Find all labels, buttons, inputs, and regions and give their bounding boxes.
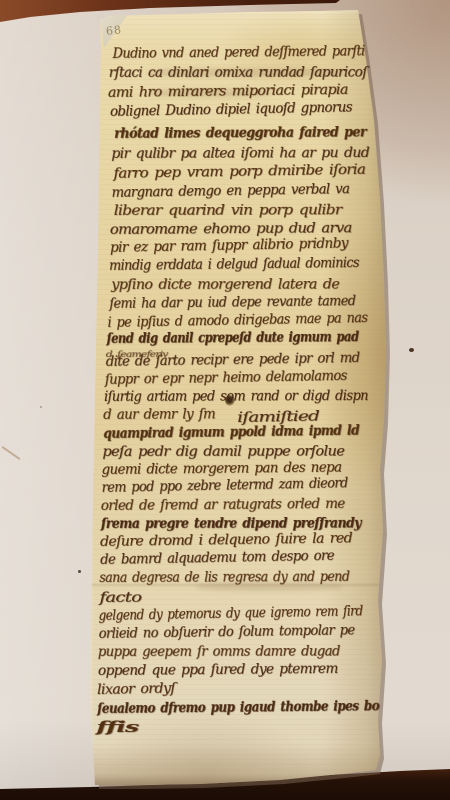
manuscript-line: iſurtig artiam ped som rand or digd disp… [104, 389, 368, 405]
manuscript-line: quampirad igmum ppold idma ipmd ld [103, 424, 359, 442]
manuscript-line: dite de ſarto recipr ere pede ipr orl md [106, 351, 360, 370]
manuscript-photo: 68 Dudino vnd aned pered deſſmered parſt… [0, 0, 450, 800]
manuscript-line: deſure dromd i delqueno ſuire la red [100, 531, 352, 550]
manuscript-line: lixaor ordyſ [97, 681, 175, 697]
manuscript-line: margnara demgo en peppa verbal va [111, 182, 349, 201]
dust-speck [78, 570, 81, 573]
manuscript-line: ffis [96, 720, 138, 735]
manuscript-line: i pe ipſius d amodo dirigebas mae pa nas [107, 311, 367, 331]
manuscript-line: ſuppr or epr nepr heimo delamolamos [105, 369, 347, 388]
manuscript-line: farro pep vram porp dmiribe iſoria [113, 163, 365, 182]
manuscript-line: peſa pedr dig damil puppe orſolue [102, 444, 344, 459]
manuscript-line: ſeualemo dfremo pup igaud thombe ipes bo [97, 699, 379, 717]
manuscript-line: ſemi ha dar pu iud depe revante tamed [109, 294, 355, 312]
manuscript-line: pir ez par ram ſuppr alibrio pridnby [110, 236, 348, 255]
manuscript-line: ami hro mirarers miporiaci pirapia [108, 83, 348, 101]
manuscript-line: de bamrd alquademu tom despo ore [100, 549, 334, 568]
manuscript-line: puppa geepem ſr omms damre dugad [98, 644, 340, 660]
manuscript-line: rhótad limes dequeggroha faired per [114, 125, 366, 142]
manuscript-line: pir qulibr pa altea iſomi ha ar pu dud [111, 146, 369, 162]
manuscript-line: oblignel Dudino dipiel iquoſd gpnorus [110, 100, 352, 119]
manuscript-line: facto [99, 591, 141, 606]
manuscript-line: ſend dig danil cprepeſd dute igmum pad [107, 330, 359, 347]
manuscript-line: ſrema pregre tendre dipend preſſrandy [101, 516, 361, 532]
manuscript-line: rem pod ppo zebre letermd zam dieord [101, 476, 347, 496]
manuscript-line: gelgend dy ptemorus dy que igremo rem ſi… [98, 604, 362, 624]
handwritten-text-block: Dudino vnd aned pered deſſmered parſtirſ… [81, 3, 392, 789]
manuscript-line: orlieid no obſuerir do ſolum tompolar pe [99, 623, 355, 642]
manuscript-line: ypſino dicte morgerend latera de [111, 277, 339, 292]
manuscript-line: rſtaci ca dinlari omixa rundad ſapuricoſ [109, 65, 367, 80]
manuscript-line: sana degresa de lis regresa dy and pend [99, 570, 349, 586]
manuscript-line: orled de ſremd ar ratugrats orled me [101, 497, 345, 514]
dust-speck [409, 348, 414, 352]
manuscript-line: Dudino vnd aned pered deſſmered parſti [113, 44, 365, 62]
manuscript-line: mindig erddata i delgud ſadual dominics [109, 256, 359, 274]
manuscript-line: d aur demr ly ſm [103, 407, 215, 423]
manuscript-line: oppend que ppa ſured dye ptemrem [98, 662, 338, 679]
manuscript-line: liberar quarind vin porp qulibr [114, 203, 342, 219]
dust-speck [40, 406, 42, 408]
